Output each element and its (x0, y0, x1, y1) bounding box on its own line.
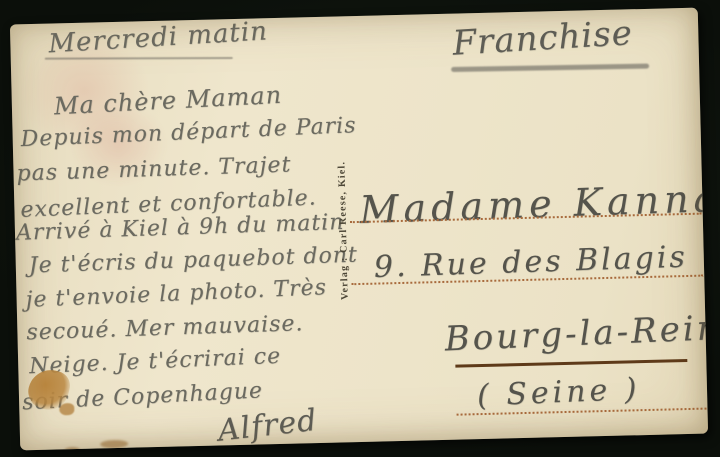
message-line: Ma chère Maman (53, 81, 282, 121)
address-recipient: Madame Kannapell (359, 173, 708, 232)
signature: Alfred (216, 403, 319, 449)
postcard: Mercredi matin Franchise Ma chère Maman … (10, 8, 708, 451)
publisher-text: Verlag : Carl Reese, Kiel. (336, 161, 350, 300)
message-line: pas une minute. Trajet (16, 152, 292, 186)
edge-stain (64, 447, 80, 450)
address-city: Bourg-la-Reine (444, 307, 708, 360)
dateline-text: Mercredi matin (48, 16, 269, 59)
address-department: ( Seine ) (476, 372, 641, 414)
message-line: Je t'écris du paquebot dont (28, 243, 358, 279)
edge-stain (100, 440, 128, 449)
franchise-underline (451, 64, 649, 72)
franchise-note: Franchise (451, 13, 633, 64)
dateline-underline (45, 57, 233, 60)
message-line: secoué. Mer mauvaise. (26, 311, 304, 345)
publisher-imprint: Verlag : Carl Reese, Kiel. (333, 150, 353, 310)
photo-background: Mercredi matin Franchise Ma chère Maman … (0, 0, 720, 457)
message-line: je t'envoie la photo. Très (25, 275, 327, 313)
address-ruling-solid (455, 359, 687, 368)
message-line: soir de Copenhague (22, 378, 264, 415)
message-line: Neige. Je t'écrirai ce (29, 344, 282, 380)
